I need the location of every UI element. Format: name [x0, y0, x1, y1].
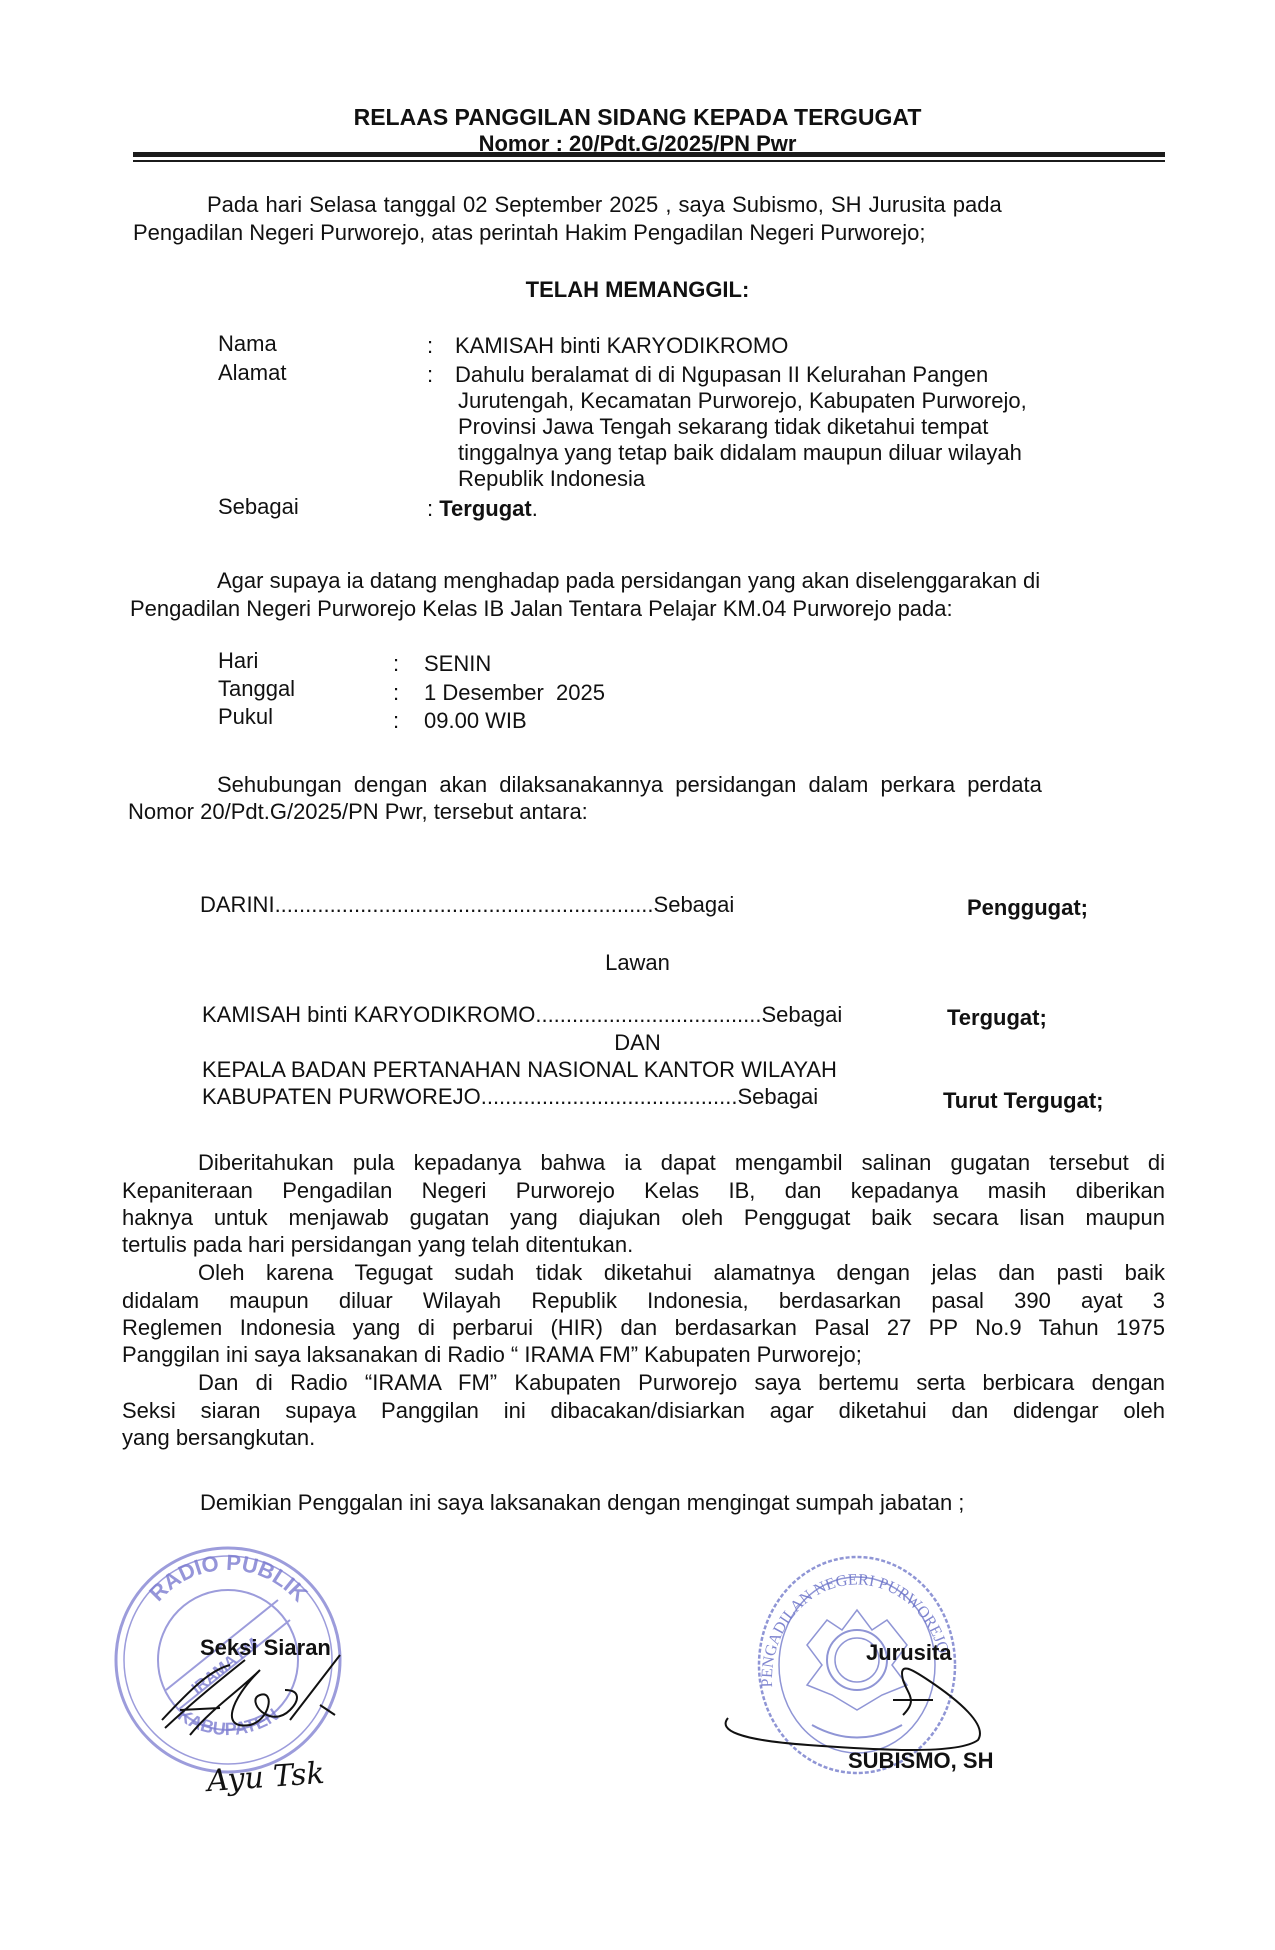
left-handwritten-name: Ayu Tsk [206, 1756, 326, 1799]
value-alamat-cont-1: Jurutengah, Kecamatan Purworejo, Kabupat… [458, 388, 1027, 414]
defendant-sebagai: Sebagai [762, 1002, 843, 1027]
case-intro-line-2: Nomor 20/Pdt.G/2025/PN Pwr, tersebut ant… [128, 799, 588, 825]
colon-pukul: : [393, 708, 399, 734]
role-tergugat: Tergugat [439, 496, 531, 521]
label-sebagai: Sebagai [218, 494, 299, 520]
defendant-line: KAMISAH binti KARYODIKROMO..............… [202, 1002, 842, 1028]
value-alamat-cont-4: Republik Indonesia [458, 466, 645, 492]
value-alamat: Dahulu beralamat di di Ngupasan II Kelur… [455, 362, 988, 388]
label-tanggal: Tanggal [218, 676, 295, 702]
body-p1-line-2: Kepaniteraan Pengadilan Negeri Purworejo… [122, 1178, 1165, 1204]
body-p2-line-4: Panggilan ini saya laksanakan di Radio “… [122, 1342, 862, 1368]
value-hari: SENIN [424, 651, 491, 677]
label-pukul: Pukul [218, 704, 273, 730]
and-label: DAN [0, 1030, 1275, 1056]
label-nama: Nama [218, 331, 277, 357]
intro-line-2: Pengadilan Negeri Purworejo, atas perint… [133, 220, 925, 246]
colon-sebagai: : [427, 496, 433, 521]
value-pukul: 09.00 WIB [424, 708, 527, 734]
plaintiff-role: Penggugat; [967, 895, 1088, 921]
plaintiff-dots: ........................................… [275, 892, 654, 917]
defendant-name: KAMISAH binti KARYODIKROMO [202, 1002, 535, 1027]
colon-nama: : [427, 333, 433, 359]
co-defendant-sebagai: Sebagai [737, 1084, 818, 1109]
header-rule-thick [133, 152, 1165, 157]
co-defendant-role: Turut Tergugat; [943, 1088, 1104, 1114]
colon-hari: : [393, 651, 399, 677]
co-defendant-name: KABUPATEN PURWOREJO [202, 1084, 481, 1109]
plaintiff-sebagai: Sebagai [654, 892, 735, 917]
intro-line-1: Pada hari Selasa tanggal 02 September 20… [207, 192, 1002, 218]
body-p1-line-3: haknya untuk menjawab gugatan yang diaju… [122, 1205, 1165, 1231]
body-p3-line-3: yang bersangkutan. [122, 1425, 315, 1451]
summoned-heading: TELAH MEMANGGIL: [0, 277, 1275, 303]
closing-statement: Demikian Penggalan ini saya laksanakan d… [200, 1490, 964, 1516]
value-alamat-cont-2: Provinsi Jawa Tengah sekarang tidak dike… [458, 414, 988, 440]
svg-text:RADIO PUBLIK: RADIO PUBLIK [144, 1550, 312, 1607]
co-defendant-dots: ........................................… [481, 1084, 738, 1109]
versus-label: Lawan [0, 950, 1275, 976]
right-signer-name: SUBISMO, SH [848, 1748, 993, 1774]
body-p2-line-2: didalam maupun diluar Wilayah Republik I… [122, 1288, 1165, 1314]
value-alamat-cont-3: tinggalnya yang tetap baik didalam maupu… [458, 440, 1022, 466]
value-sebagai: : Tergugat. [427, 496, 538, 522]
hearing-intro-line-2: Pengadilan Negeri Purworejo Kelas IB Jal… [130, 596, 953, 622]
body-p2-line-3: Reglemen Indonesia yang di perbarui (HIR… [122, 1315, 1165, 1341]
body-p1-line-4: tertulis pada hari persidangan yang tela… [122, 1232, 633, 1258]
body-p2-line-1: Oleh karena Tegugat sudah tidak diketahu… [198, 1260, 1165, 1286]
role-suffix: . [532, 496, 538, 521]
header-rule-thin [133, 160, 1165, 162]
defendant-role: Tergugat; [947, 1005, 1047, 1031]
case-intro-line-1: Sehubungan dengan akan dilaksanakannya p… [217, 772, 1042, 798]
document-title: RELAAS PANGGILAN SIDANG KEPADA TERGUGAT [0, 104, 1275, 131]
plaintiff-name: DARINI [200, 892, 275, 917]
radio-stamp-top-text: RADIO PUBLIK [144, 1550, 312, 1607]
label-alamat: Alamat [218, 360, 286, 386]
co-defendant-line-2: KABUPATEN PURWOREJO.....................… [202, 1084, 818, 1110]
label-hari: Hari [218, 648, 258, 674]
co-defendant-line-1: KEPALA BADAN PERTANAHAN NASIONAL KANTOR … [202, 1057, 837, 1083]
value-nama: KAMISAH binti KARYODIKROMO [455, 333, 788, 359]
body-p1-line-1: Diberitahukan pula kepadanya bahwa ia da… [198, 1150, 1165, 1176]
colon-tanggal: : [393, 680, 399, 706]
body-p3-line-2: Seksi siaran supaya Panggilan ini dibaca… [122, 1398, 1165, 1424]
plaintiff-line: DARINI..................................… [200, 892, 734, 918]
colon-alamat: : [427, 362, 433, 388]
defendant-dots: ..................................... [535, 1002, 761, 1027]
hearing-intro-line-1: Agar supaya ia datang menghadap pada per… [217, 568, 1040, 594]
value-tanggal: 1 Desember 2025 [424, 680, 605, 706]
body-p3-line-1: Dan di Radio “IRAMA FM” Kabupaten Purwor… [198, 1370, 1165, 1396]
